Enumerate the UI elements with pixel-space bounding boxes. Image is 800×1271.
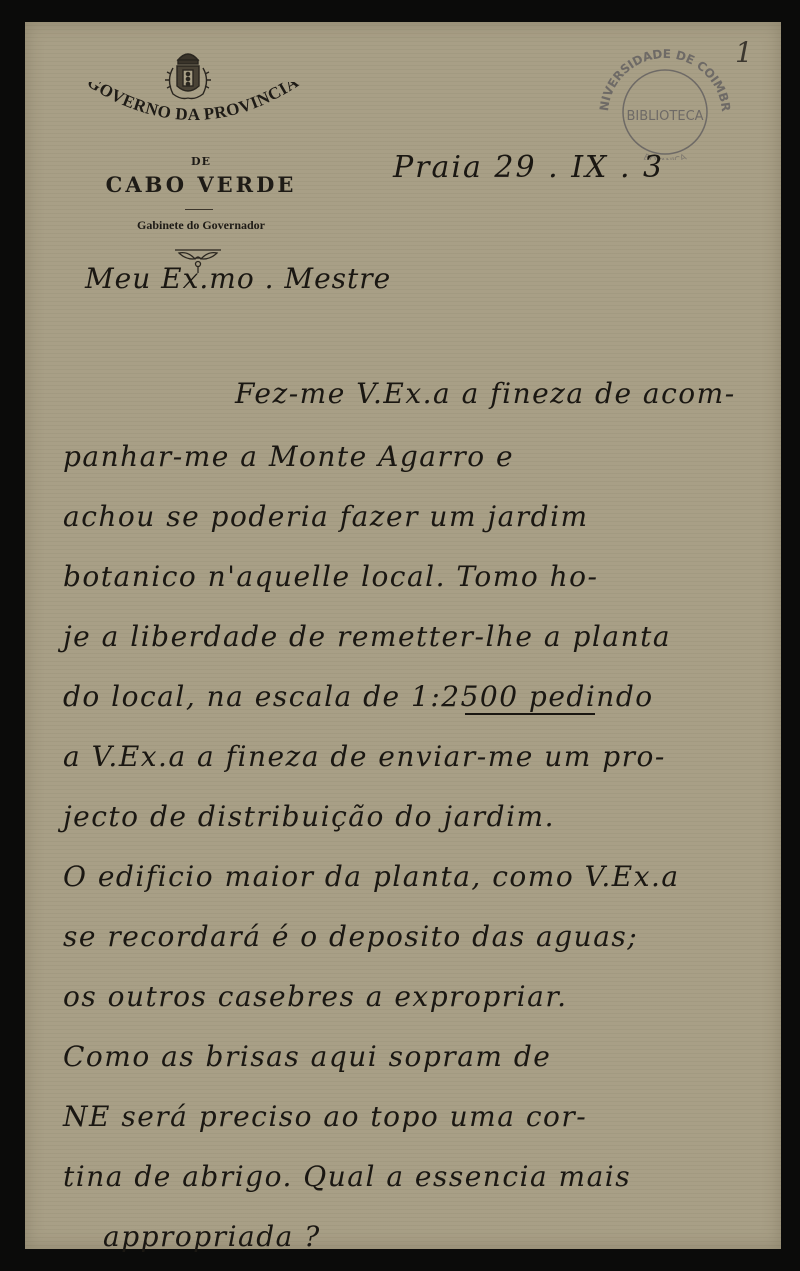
body-line: NE será preciso ao topo uma cor- xyxy=(63,1100,773,1133)
letterhead-province: CABO VERDE xyxy=(25,172,377,197)
arc-title-text: GOVERNO DA PROVINCIA xyxy=(84,82,302,124)
body-line: tina de abrigo. Qual a essencia mais xyxy=(63,1160,773,1193)
date-line: Praia 29 . IX . 3 xyxy=(393,150,664,185)
library-stamp: UNIVERSIDADE DE COIMBRA BIBLIOTECA BOTAN… xyxy=(590,40,740,160)
body-line: do local, na escala de 1:2500 pedindo xyxy=(63,680,773,713)
body-line: se recordará é o deposito das aguas; xyxy=(63,920,773,953)
body-line: achou se poderia fazer um jardim xyxy=(63,500,773,533)
folio-number: 1 xyxy=(735,36,753,69)
letter-page: GOVERNO DA PROVINCIA DE CABO VERDE Gabin… xyxy=(25,22,781,1249)
body-line: panhar-me a Monte Agarro e xyxy=(63,440,773,473)
body-line: Fez-me V.Ex.a a fineza de acom- xyxy=(235,377,800,410)
letterhead-de: DE xyxy=(25,155,377,168)
stamp-ring-text: UNIVERSIDADE DE COIMBRA xyxy=(590,40,733,112)
body-line: botanico n'aquelle local. Tomo ho- xyxy=(63,560,773,593)
letterhead-arc-title: GOVERNO DA PROVINCIA xyxy=(83,82,303,162)
body-line: O edificio maior da planta, como V.Ex.a xyxy=(63,860,773,893)
body-line: Como as brisas aqui sopram de xyxy=(63,1040,773,1073)
salutation: Meu Ex.mo . Mestre xyxy=(85,262,391,295)
body-line: a V.Ex.a a fineza de enviar-me um pro- xyxy=(63,740,773,773)
svg-text:UNIVERSIDADE DE COIMBRA: UNIVERSIDADE DE COIMBRA xyxy=(590,40,733,112)
stamp-center-text: BIBLIOTECA xyxy=(626,109,703,124)
body-line: je a liberdade de remetter-lhe a planta xyxy=(63,620,773,653)
scale-underline xyxy=(465,713,595,715)
body-line: jecto de distribuição do jardim. xyxy=(63,800,773,833)
letterhead-office: Gabinete do Governador xyxy=(25,218,377,233)
letterhead-divider xyxy=(185,209,213,210)
svg-text:GOVERNO DA PROVINCIA: GOVERNO DA PROVINCIA xyxy=(84,82,302,124)
body-line: os outros casebres a expropriar. xyxy=(63,980,773,1013)
body-line: appropriada ? xyxy=(103,1220,800,1253)
